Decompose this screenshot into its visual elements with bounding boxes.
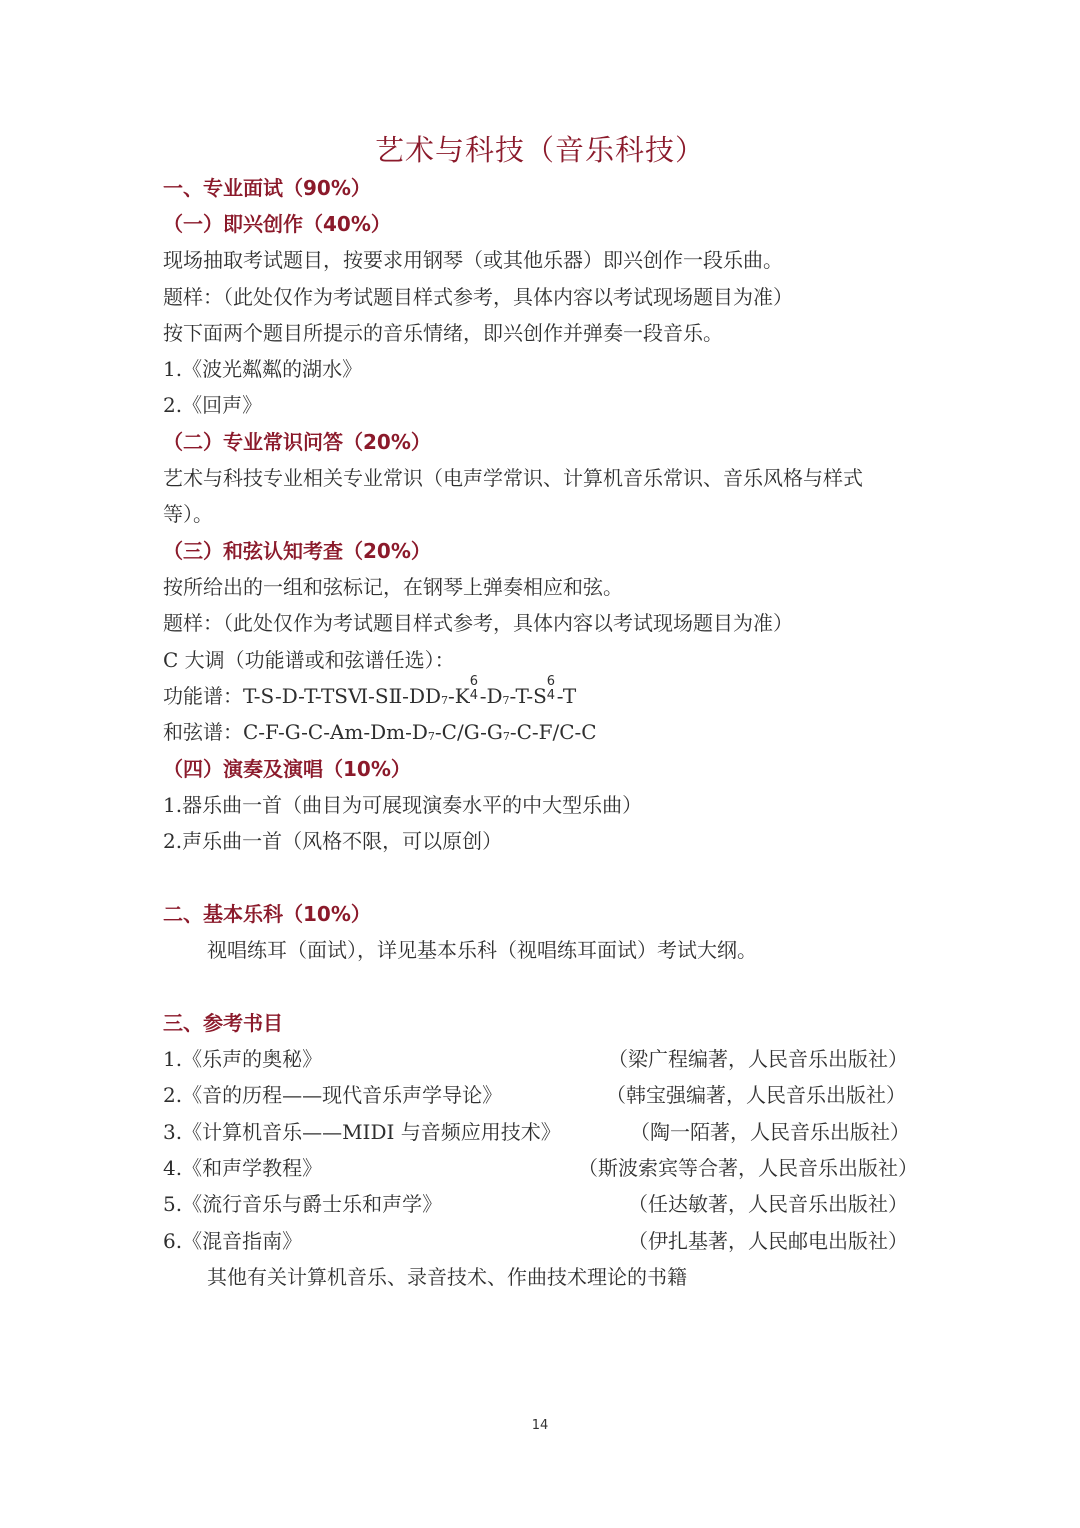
reference-publisher: （梁广程编著，人民音乐出版社） [608,1044,908,1074]
subscript-7: 7 [428,730,435,743]
functional-seq-3: -D [480,684,503,708]
subsection-heading-chord-recognition: （三）和弦认知考查（20%） [163,536,431,566]
body-text: 按下面两个题目所提示的音乐情绪，即兴创作并弹奏一段音乐。 [163,318,723,348]
chord-seq-1: C-F-G-C-Am-Dm-D [243,720,428,744]
reference-title: 5.《流行音乐与爵士乐和声学》 [163,1189,442,1219]
figure-bottom: 4 [547,689,555,702]
section-heading-interview: 一、专业面试（90%） [163,173,371,203]
functional-seq-5: -T [557,684,576,708]
body-text: 题样：（此处仅作为考试题目样式参考，具体内容以考试现场题目为准） [163,608,793,638]
chord-label: 和弦谱： [163,720,243,744]
figured-bass-64: 64 [470,681,480,701]
functional-seq-2: -K [448,684,470,708]
document-page: 艺术与科技（音乐科技） 一、专业面试（90%） （一）即兴创作（40%） 现场抽… [0,0,1080,1528]
reference-publisher: （斯波索宾等合著，人民音乐出版社） [578,1153,918,1183]
list-item: 1.《波光粼粼的湖水》 [163,354,362,384]
page-title: 艺术与科技（音乐科技） [0,128,1080,169]
body-text: 等）。 [163,499,213,529]
functional-seq-4: -T-S [510,684,547,708]
body-text: C 大调（功能谱或和弦谱任选）： [163,645,455,675]
reference-title: 2.《音的历程——现代音乐声学导论》 [163,1080,502,1110]
figure-top: 6 [547,675,555,688]
reference-title: 3.《计算机音乐——MIDI 与音频应用技术》 [163,1117,561,1147]
subsection-heading-knowledge-qa: （二）专业常识问答（20%） [163,427,431,457]
chord-notation-line: 和弦谱：C-F-G-C-Am-Dm-D7-C/G-G7-C-F/C-C [163,717,597,752]
reference-publisher: （任达敏著，人民音乐出版社） [628,1189,908,1219]
body-text: 现场抽取考试题目，按要求用钢琴（或其他乐器）即兴创作一段乐曲。 [163,245,783,275]
page-number: 14 [0,1418,1080,1433]
subscript-7: 7 [441,694,448,707]
subscript-7: 7 [503,694,510,707]
subsection-heading-performance: （四）演奏及演唱（10%） [163,754,411,784]
subscript-7: 7 [503,730,510,743]
reference-publisher: （伊扎基著，人民邮电出版社） [628,1226,908,1256]
chord-seq-2: -C/G-G [435,720,503,744]
functional-label: 功能谱： [163,684,243,708]
body-text: 艺术与科技专业相关专业常识（电声学常识、计算机音乐常识、音乐风格与样式 [163,463,863,493]
reference-title: 6.《混音指南》 [163,1226,302,1256]
functional-seq-1: T-S-D-T-TSⅥ-SⅡ-DD [243,684,441,708]
list-item: 1.器乐曲一首（曲目为可展现演奏水平的中大型乐曲） [163,790,642,820]
list-item: 2.《回声》 [163,390,262,420]
reference-publisher: （韩宝强编著，人民音乐出版社） [606,1080,906,1110]
section-heading-references: 三、参考书目 [163,1008,283,1038]
reference-publisher: （陶一陌著，人民音乐出版社） [630,1117,910,1147]
reference-title: 4.《和声学教程》 [163,1153,322,1183]
subsection-heading-improvisation: （一）即兴创作（40%） [163,209,391,239]
figure-bottom: 4 [470,689,478,702]
body-text: 视唱练耳（面试），详见基本乐科（视唱练耳面试）考试大纲。 [207,935,757,965]
list-item: 2.声乐曲一首（风格不限，可以原创） [163,826,502,856]
section-heading-basic-music: 二、基本乐科（10%） [163,899,371,929]
body-text: 题样：（此处仅作为考试题目样式参考，具体内容以考试现场题目为准） [163,282,793,312]
body-text: 按所给出的一组和弦标记，在钢琴上弹奏相应和弦。 [163,572,623,602]
functional-notation-line: 功能谱：T-S-D-T-TSⅥ-SⅡ-DD7-K64-D7-T-S64-T [163,681,576,716]
figure-top: 6 [470,675,478,688]
figured-bass-64: 64 [547,681,557,701]
body-text: 其他有关计算机音乐、录音技术、作曲技术理论的书籍 [207,1262,687,1292]
chord-seq-3: -C-F/C-C [510,720,597,744]
reference-title: 1.《乐声的奥秘》 [163,1044,322,1074]
